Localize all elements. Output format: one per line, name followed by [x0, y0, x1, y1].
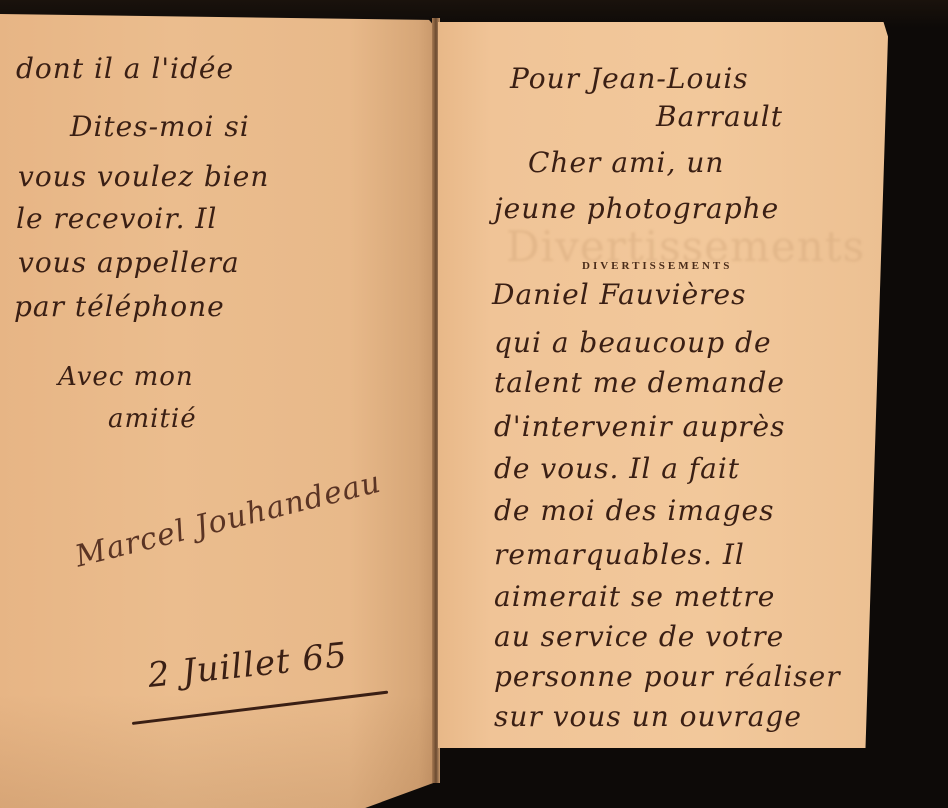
- right-line-11: remarquables. Il: [494, 538, 745, 571]
- printed-title: DIVERTISSEMENTS: [582, 260, 732, 272]
- left-line-5: vous appellera: [18, 246, 240, 279]
- right-line-15: sur vous un ouvrage: [494, 700, 802, 733]
- left-line-6: par téléphone: [14, 290, 225, 323]
- left-line-7: Avec mon: [58, 362, 194, 392]
- book-photo: dont il a l'idée Dites-moi si vous voule…: [0, 0, 948, 808]
- right-line-9: de vous. Il a fait: [494, 452, 740, 485]
- right-line-13: au service de votre: [494, 620, 784, 653]
- left-line-3: vous voulez bien: [18, 160, 269, 193]
- right-line-6: qui a beaucoup de: [494, 326, 772, 359]
- right-line-2: Barrault: [656, 100, 783, 133]
- right-line-8: d'intervenir auprès: [494, 410, 785, 443]
- right-line-1: Pour Jean-Louis: [510, 62, 749, 95]
- right-line-4: jeune photographe: [494, 192, 779, 225]
- right-line-5: Daniel Fauvières: [492, 278, 746, 311]
- right-line-7: talent me demande: [494, 366, 785, 399]
- right-line-12: aimerait se mettre: [494, 580, 775, 613]
- left-line-2: Dites-moi si: [70, 110, 250, 143]
- right-line-14: personne pour réaliser: [494, 660, 841, 693]
- right-line-10: de moi des images: [494, 494, 774, 527]
- right-line-3: Cher ami, un: [528, 146, 724, 179]
- left-line-4: le recevoir. Il: [16, 202, 217, 235]
- left-line-8: amitié: [108, 404, 197, 434]
- left-line-1: dont il a l'idée: [16, 52, 234, 85]
